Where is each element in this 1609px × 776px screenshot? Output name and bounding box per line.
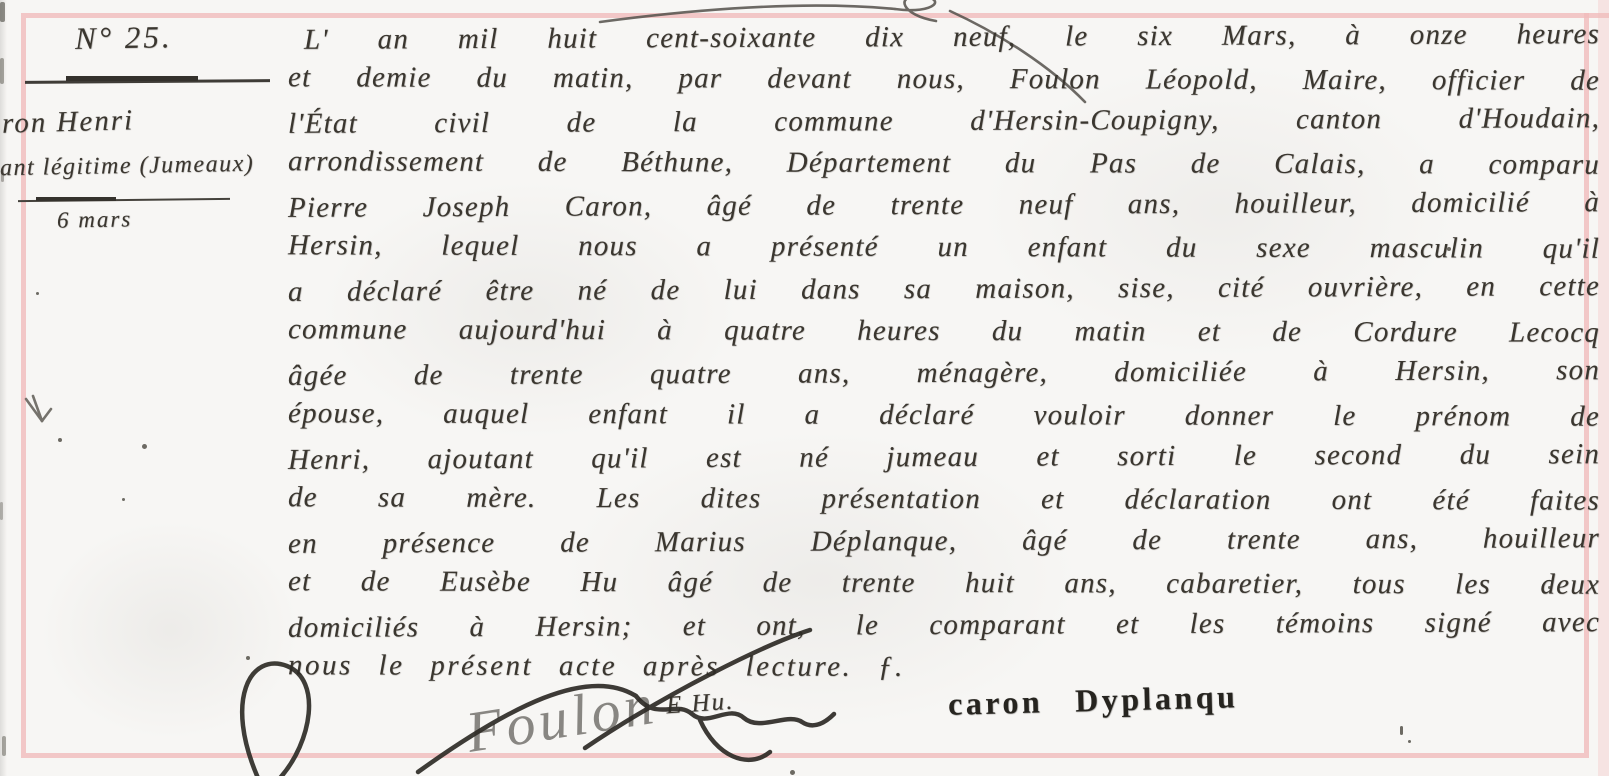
act-line: Henri, ajoutant qu'il est né jumeau et s… (288, 433, 1600, 481)
ink-speck (1400, 726, 1403, 735)
scan-edge-mark (0, 502, 3, 520)
ink-speck (790, 770, 795, 775)
act-line: Hersin, lequel nous a présenté un enfant… (288, 224, 1600, 269)
act-line: L' an mil huit cent-soixante dix neuf, l… (288, 13, 1600, 61)
ink-speck (36, 292, 39, 295)
ink-speck (142, 444, 147, 449)
act-line: âgée de trente quatre ans, ménagère, dom… (288, 349, 1600, 397)
act-line: épouse, auquel enfant il a déclaré voulo… (288, 392, 1600, 437)
scan-edge-mark (0, 58, 4, 84)
mayor-signature-text: Foulon (461, 671, 661, 765)
act-body-text: L' an mil huit cent-soixante dix neuf, l… (288, 16, 1600, 688)
scan-edge-mark (0, 2, 5, 22)
ink-speck (1548, 586, 1551, 589)
act-line: l'État civil de la commune d'Hersin-Coup… (288, 97, 1600, 145)
scan-edge-mark (1, 168, 4, 182)
act-line: commune aujourd'hui à quatre heures du m… (288, 308, 1600, 353)
mayor-signature: Foulon (0, 630, 1609, 776)
act-line: de sa mère. Les dites présentation et dé… (288, 476, 1600, 521)
ink-speck (246, 656, 250, 660)
act-line: et demie du matin, par devant nous, Foul… (288, 56, 1600, 101)
ink-speck (1408, 740, 1411, 743)
scan-edge-mark (2, 736, 6, 756)
ink-speck (58, 438, 62, 442)
act-line: en présence de Marius Déplanque, âgé de … (288, 517, 1600, 565)
margin-arrow-mark-icon (22, 396, 54, 432)
scanned-birth-record-page: { "colors": { "paper": "#f7f6f4", "frame… (0, 0, 1609, 776)
act-line: Pierre Joseph Caron, âgé de trente neuf … (288, 181, 1600, 229)
margin-filiation-note: ant légitime (Jumeaux) (0, 151, 254, 182)
ink-speck (1447, 247, 1451, 251)
margin-date: 6 mars (57, 206, 133, 233)
act-line: et de Eusèbe Hu âgé de trente huit ans, … (288, 560, 1600, 605)
ink-speck (122, 498, 125, 501)
act-line: arrondissement de Béthune, Département d… (288, 140, 1600, 185)
margin-rule-heavy-segment (36, 197, 116, 201)
act-line: a déclaré être né de lui dans sa maison,… (288, 265, 1600, 313)
